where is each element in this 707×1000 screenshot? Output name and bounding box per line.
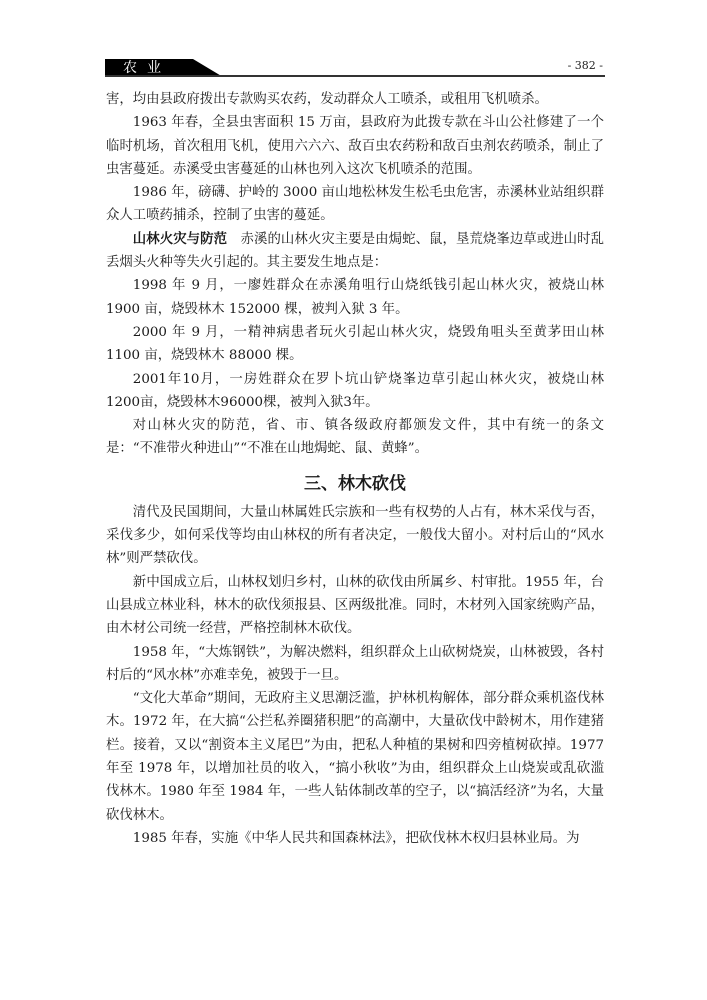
section-title: 三、林木砍伐: [106, 471, 604, 497]
paragraph: 清代及民国期间，大量山林属姓氏宗族和一些有权势的人占有，林木采伐与否，采伐多少，…: [106, 501, 604, 571]
subheading-paragraph: 山林火灾与防范 赤溪的山林火灾主要是由焗蛇、鼠，垦荒烧峯边草或进山时乱丢烟头火种…: [106, 228, 604, 275]
paragraph: 2000 年 9 月，一精神病患者玩火引起山林火灾，烧毁角咀头至黄茅田山林 11…: [106, 321, 604, 368]
paragraph: 1998 年 9 月，一廖姓群众在赤溪角咀行山烧纸钱引起山林火灾，被烧山林 19…: [106, 274, 604, 321]
paragraph: “文化大革命”期间，无政府主义思潮泛滥，护林机构解体，部分群众乘机盗伐林木。19…: [106, 687, 604, 827]
subheading: 山林火灾与防范: [133, 232, 227, 247]
paragraph: 对山林火灾的防范，省、市、镇各级政府都颁发文件，其中有统一的条文是：“不准带火种…: [106, 414, 604, 461]
paragraph: 1986 年，磅礴、护岭的 3000 亩山地松林发生松毛虫危害，赤溪林业站组织群…: [106, 181, 604, 228]
page-number: - 382 -: [568, 59, 603, 73]
paragraph: 1958 年，“大炼钢铁”，为解决燃料，组织群众上山砍树烧炭，山林被毁，各村村后…: [106, 641, 604, 688]
paragraph: 1985 年春，实施《中华人民共和国森林法》，把砍伐林木权归县林业局。为: [106, 827, 604, 850]
paragraph: 害，均由县政府拨出专款购买农药，发动群众人工喷杀，或租用飞机喷杀。: [106, 88, 604, 111]
paragraph: 新中国成立后，山林权划归乡村，山林的砍伐由所属乡、村审批。1955 年，台山县成…: [106, 571, 604, 641]
paragraph: 2001年10月，一房姓群众在罗卜坑山铲烧峯边草引起山林火灾，被烧山林 1200…: [106, 368, 604, 415]
paragraph: 1963 年春，全县虫害面积 15 万亩，县政府为此拨专款在斗山公社修建了一个临…: [106, 111, 604, 181]
page-header: 农业 - 382 -: [105, 59, 605, 77]
page-body: 害，均由县政府拨出专款购买农药，发动群众人工喷杀，或租用飞机喷杀。 1963 年…: [106, 88, 604, 850]
header-rule: [105, 75, 605, 77]
